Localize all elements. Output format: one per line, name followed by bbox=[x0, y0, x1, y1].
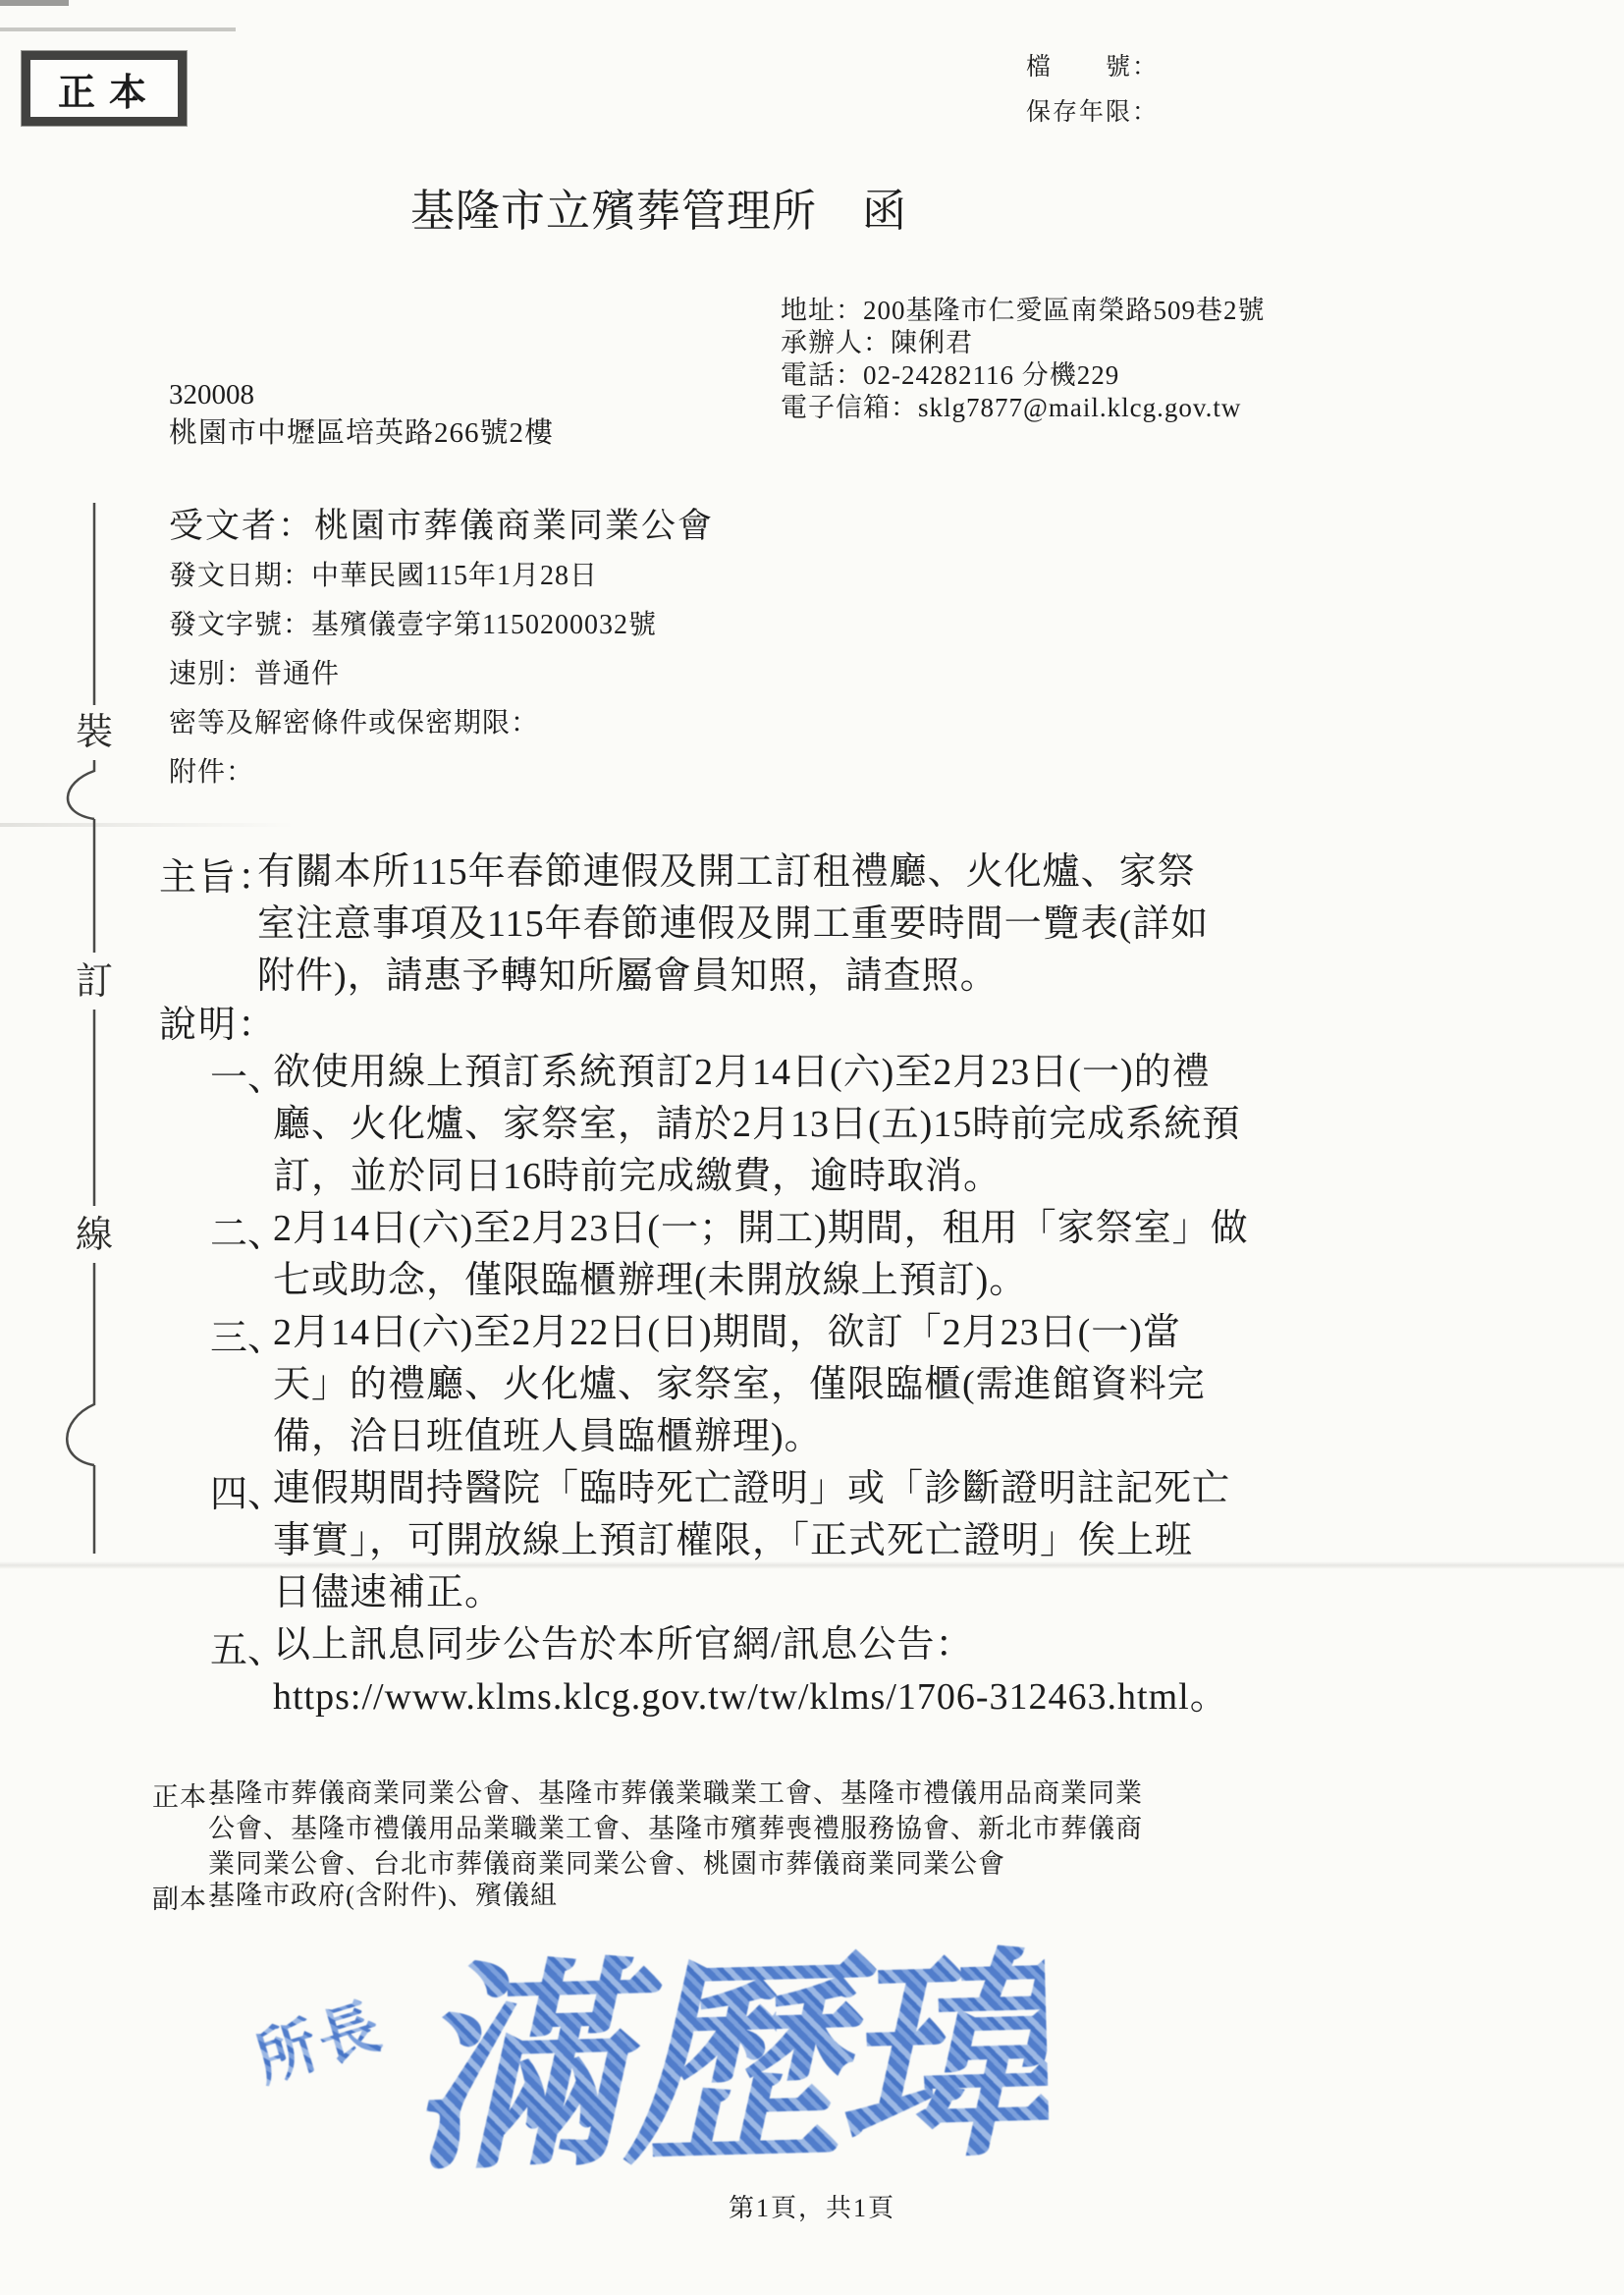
page-number: 第1頁，共1頁 bbox=[729, 2188, 895, 2224]
distribution-original: 正本： 基隆市葬儀商業同業公會、基隆市葬儀業職業工會、基隆市禮儀用品商業同業 公… bbox=[0, 1776, 1624, 1882]
sender-contact-block: 地址：200基隆市仁愛區南榮路509巷2號 承辦人：陳俐君 電話：02-2428… bbox=[781, 295, 1266, 424]
item-number: 一、 bbox=[210, 1047, 285, 1101]
subject-label: 主旨： bbox=[159, 847, 277, 901]
binding-char-xian: 線 bbox=[76, 1215, 113, 1256]
binding-char-ding: 訂 bbox=[76, 961, 113, 1003]
recipient-postal-code: 320008 bbox=[169, 379, 254, 411]
explanation-item-1: 一、 欲使用線上預訂系統預訂2月14日(六)至2月23日(一)的禮 廳、火化爐、… bbox=[0, 1047, 1624, 1203]
item-number: 三、 bbox=[210, 1307, 285, 1361]
director-title-stamp: 所長 bbox=[244, 1977, 393, 2099]
binding-char-zhuang: 裝 bbox=[76, 712, 113, 753]
metadata-lines: 發文日期：中華民國115年1月28日 發文字號：基殯儀壹字第1150200032… bbox=[169, 552, 657, 797]
item-number: 二、 bbox=[210, 1203, 285, 1257]
item-text: 欲使用線上預訂系統預訂2月14日(六)至2月23日(一)的禮 廳、火化爐、家祭室… bbox=[273, 1047, 1487, 1203]
explanation-item-2: 二、 2月14日(六)至2月23日(一；開工)期間，租用「家祭室」做 七或助念，… bbox=[0, 1203, 1624, 1307]
file-number-header: 檔 號：保存年限： bbox=[1026, 45, 1159, 136]
item-number: 四、 bbox=[210, 1463, 285, 1517]
subject-text: 有關本所115年春節連假及開工訂租禮廳、火化爐、家祭 室注意事項及115年春節連… bbox=[257, 847, 1477, 1003]
item-text: 連假期間持醫院「臨時死亡證明」或「診斷證明註記死亡 事實」，可開放線上預訂權限，… bbox=[273, 1463, 1487, 1619]
item-text: 2月14日(六)至2月22日(日)期間，欲訂「2月23日(一)當 天」的禮廳、火… bbox=[273, 1307, 1487, 1463]
document-title: 基隆市立殯葬管理所 函 bbox=[410, 175, 907, 239]
copy-type-stamp-box: 正本 bbox=[22, 51, 187, 126]
file-no-label: 檔 號： bbox=[1026, 54, 1159, 81]
file-header-lines: 檔 號：保存年限： bbox=[1026, 54, 1159, 126]
scan-artifact bbox=[0, 27, 236, 31]
recipient-address: 桃園市中壢區培英路266號2樓 bbox=[169, 410, 554, 451]
binding-margin-line: 裝 訂 線 bbox=[37, 491, 155, 1591]
director-name-stamp: 滿歷瑋 bbox=[404, 1880, 1051, 2213]
recipient-line: 受文者：桃園市葬儀商業同業公會 bbox=[169, 499, 714, 548]
explanation-item-4: 四、 連假期間持醫院「臨時死亡證明」或「診斷證明註記死亡 事實」，可開放線上預訂… bbox=[0, 1463, 1624, 1619]
item-number: 五、 bbox=[210, 1619, 285, 1673]
explanation-label: 說明： bbox=[159, 994, 277, 1048]
explanation-item-3: 三、 2月14日(六)至2月22日(日)期間，欲訂「2月23日(一)當 天」的禮… bbox=[0, 1307, 1624, 1463]
subject-section: 主旨： 有關本所115年春節連假及開工訂租禮廳、火化爐、家祭 室注意事項及115… bbox=[0, 847, 1624, 1003]
item-text: 2月14日(六)至2月23日(一；開工)期間，租用「家祭室」做 七或助念，僅限臨… bbox=[273, 1203, 1487, 1307]
item-text: 以上訊息同步公告於本所官網/訊息公告： https://www.klms.klc… bbox=[273, 1619, 1487, 1723]
explanation-item-5: 五、 以上訊息同步公告於本所官網/訊息公告： https://www.klms.… bbox=[0, 1619, 1624, 1723]
scanned-official-letter: 正本 檔 號：保存年限： 基隆市立殯葬管理所 函 地址：200基隆市仁愛區南榮路… bbox=[0, 0, 1624, 2295]
original-copy-recipients: 基隆市葬儀商業同業公會、基隆市葬儀業職業工會、基隆市禮儀用品商業同業 公會、基隆… bbox=[208, 1776, 1447, 1882]
scan-artifact bbox=[0, 0, 69, 6]
copy-type-stamp-label: 正本 bbox=[58, 62, 160, 116]
carbon-copy-label: 副本： bbox=[152, 1878, 235, 1916]
retention-label: 保存年限： bbox=[1026, 99, 1159, 126]
original-copy-label: 正本： bbox=[152, 1776, 235, 1814]
